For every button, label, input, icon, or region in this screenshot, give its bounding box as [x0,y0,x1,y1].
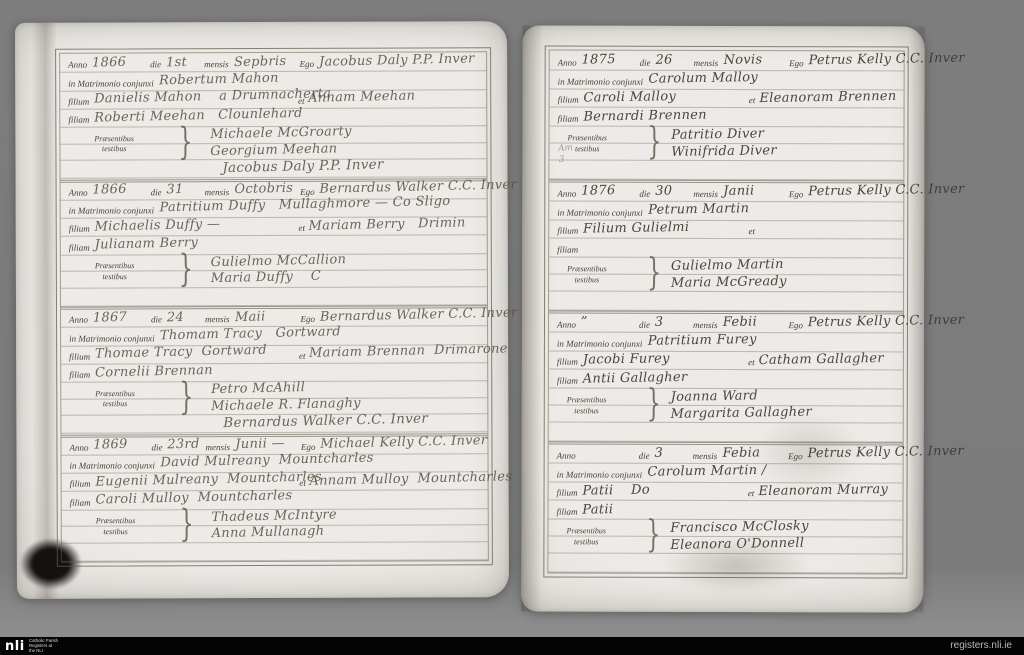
bride-father-name: Patii [582,503,613,517]
bride-name: Catham Gallagher [758,352,898,368]
month-value: Janii [723,184,789,199]
label-testibus: testibus [574,537,598,546]
register-entry: Anno 1867 die 24 mensis Maii Ego Bernard… [61,308,487,437]
entry-signature-line: Bernardus Walker C.C. Inver [61,414,487,434]
groom-name: Carolum Martin / [647,464,766,480]
entry-signature-line [548,554,902,574]
label-ego: Ego [301,443,316,452]
label-die: die [151,188,162,197]
register-entry: Anno 1869 die 23rd mensis Junii — Ego Mi… [61,436,487,562]
bride-name: Annam Meehan [308,88,482,106]
label-filiam: filiam [70,498,91,507]
label-die: die [151,443,162,452]
entry-bride-father-line: filiam Bernardi Brennen [550,108,904,128]
label-anno: Anno [558,58,577,67]
page-border: Anno 1866 die 1st mensis Sepbris Ego Jac… [55,47,493,567]
entry-signature-line [549,292,903,312]
day-value: 30 [655,184,693,198]
label-praesentibus-testibus: Præsentibus testibus [95,261,135,282]
bride-father-name: Caroli Mulloy Mountcharles [95,489,292,507]
label-praesentibus-testibus: Præsentibus testibus [567,264,607,285]
label-conjunxi: in Matrimonio conjunxi [558,77,644,86]
entry-bride-father-line: filiam Antii Gallagher [549,370,903,390]
label-filiam: filiam [557,246,578,255]
label-die: die [150,61,161,70]
witness-1: Joanna Ward [671,389,758,404]
bride-name: Eleanoram Murray [758,483,898,499]
label-anno: Anno [69,316,88,325]
witness-brace: } [647,387,661,424]
groom-name: Thomam Tracy Gortward [159,325,340,343]
day-value: 26 [655,53,693,67]
label-conjunxi: in Matrimonio conjunxi [557,339,643,348]
witness-1: Patritio Diver [671,127,764,142]
label-filiam: filiam [556,508,577,517]
label-praesentibus-testibus: Præsentibus testibus [566,526,606,547]
entry-signature-line [62,542,488,562]
entry-date-line: Anno 1875 die 26 mensis Novis Ego Petrus… [550,52,904,72]
scan-page-left: Anno 1866 die 1st mensis Sepbris Ego Jac… [15,21,509,599]
label-testibus: testibus [103,527,127,536]
priest-name: Petrus Kelly C.C. Inver [808,184,899,199]
label-praesentibus-testibus: Præsentibus testibus [567,395,607,416]
label-ego: Ego [789,59,804,68]
label-die: die [151,316,162,325]
bride-name: Eleanoram Brennen [759,90,899,106]
label-filium: filium [557,358,578,367]
label-die: die [639,452,650,461]
month-value: Novis [723,53,789,68]
label-mensis: mensis [205,443,230,452]
month-value: Febia [722,446,788,461]
groom-name: Carolum Malloy [648,71,758,86]
label-filium: filium [70,480,91,489]
witness-2: Margarita Gallagher [671,405,813,421]
label-conjunxi: in Matrimonio conjunxi [557,208,643,217]
witness-2: Maria Duffy C [211,270,322,286]
bride-father-name: Bernardi Brennen [583,108,707,124]
witness-2: Anna Mullanagh [211,525,324,541]
label-ego: Ego [300,188,315,197]
witnesses-section: Præsentibus testibus } Thadeus McIntyre … [62,509,488,543]
entry-groom-line: in Matrimonio conjunxi Petrum Martin [549,201,903,221]
label-testibus: testibus [574,406,598,415]
bride-father-name: Antii Gallagher [583,370,688,385]
entry-groom-line: in Matrimonio conjunxi Carolum Malloy [550,70,904,90]
entry-father-line: filium Thomae Tracy Gortward et Mariam B… [61,345,487,365]
register-entry: Anno ” die 3 mensis Febii Ego Petrus Kel… [549,314,903,446]
label-et: et [749,96,756,105]
signature: Jacobus Daly P.P. Inver [222,158,384,176]
label-conjunxi: in Matrimonio conjunxi [69,334,155,343]
entry-signature-line [61,287,487,307]
groom-father-name: Thomae Tracy Gortward [95,343,295,361]
entry-bride-father-line: filiam Julianam Berry [61,236,487,256]
label-filium: filium [69,225,90,234]
entry-signature-line [549,161,903,181]
label-anno: Anno [69,188,88,197]
page-border: Anno 1875 die 26 mensis Novis Ego Petrus… [543,46,908,579]
label-filiam: filiam [557,377,578,386]
label-filium: filium [557,227,578,236]
entry-signature-line [549,423,903,443]
footer-caption-line: Catholic Parish [29,639,58,644]
scanned-register-viewer: Anno 1866 die 1st mensis Sepbris Ego Jac… [0,0,1024,655]
register-entry: Anno 1866 die 1st mensis Sepbris Ego Jac… [60,53,486,182]
label-conjunxi: in Matrimonio conjunxi [69,207,155,216]
register-entry: Anno die 3 mensis Febia Ego Petrus Kelly… [548,445,902,574]
label-mensis: mensis [205,188,230,197]
groom-name: Robertum Mahon [158,72,278,88]
groom-father-name: Danielis Mahon a Drumnacherta [94,88,294,106]
label-filium: filium [557,489,578,498]
witness-brace: } [647,125,661,162]
entries-column: Anno 1866 die 1st mensis Sepbris Ego Jac… [60,53,488,561]
label-et: et [748,227,755,236]
entry-father-line: filium Caroli Malloy et Eleanoram Brenne… [550,89,904,109]
label-anno: Anno [68,61,87,70]
witness-1: Michaele McGroarty [210,125,352,142]
bride-name: Mariam Brennan Drimarone [309,343,483,361]
year-value: 1876 [581,184,639,199]
day-value: 3 [655,315,693,329]
label-testibus: testibus [102,272,126,281]
label-et: et [298,224,305,233]
month-value: Maii [234,309,300,324]
label-ego: Ego [788,321,803,330]
label-praesentibus: Præsentibus [567,133,607,142]
year-value: ” [581,315,639,330]
site-url: registers.nli.ie [950,641,1012,651]
year-value: 1867 [93,310,151,325]
witness-2: Maria McGready [671,274,787,290]
witnesses-section: Præsentibus testibus } Joanna Ward Marga… [549,389,903,424]
entry-signature-line: Jacobus Daly P.P. Inver [60,159,486,179]
year-value: 1869 [93,437,151,452]
entry-bride-father-line: filiam [549,239,903,259]
bride-name: Mariam Berry Drimin [309,216,483,234]
label-die: die [639,190,650,199]
label-ego: Ego [789,190,804,199]
label-filiam: filiam [558,115,579,124]
label-die: die [640,59,651,68]
groom-name: David Mulreany Mountcharles [160,452,374,470]
footer-bar: nli Catholic Parish Registers at the NLI… [0,637,1024,655]
label-praesentibus: Præsentibus [567,395,607,404]
label-mensis: mensis [693,190,718,199]
label-praesentibus-testibus: Præsentibus testibus [95,389,135,410]
bride-name: Annam Mulloy Mountcharles [310,471,484,489]
label-ego: Ego [301,315,316,324]
witness-1: Thadeus McIntyre [211,508,337,524]
label-et: et [299,352,306,361]
witness-brace: } [179,252,193,289]
year-value [581,459,639,460]
witness-1: Gulielmo Martin [671,258,784,274]
witness-2: Michaele R. Flanaghy [211,396,361,413]
entry-father-line: filium Jacobi Furey et Catham Gallagher [549,351,903,371]
register-entry: Anno 1875 die 26 mensis Novis Ego Petrus… [549,52,903,184]
day-value: 31 [166,183,204,197]
label-anno: Anno [557,320,576,329]
label-testibus: testibus [575,275,599,284]
label-testibus: testibus [102,144,126,153]
witnesses-section: Præsentibus testibus } Francisco McClosk… [548,520,902,555]
label-et: et [748,489,755,498]
witness-brace: } [647,256,661,293]
label-ego: Ego [300,60,315,69]
entry-date-line: Anno ” die 3 mensis Febii Ego Petrus Kel… [549,314,903,334]
label-praesentibus: Præsentibus [567,264,607,273]
nli-logo: nli [5,640,25,653]
witness-brace: } [646,518,660,555]
groom-name: Patritium Furey [647,333,756,348]
bride-name [759,234,899,236]
priest-name: Petrus Kelly C.C. Inver [808,53,899,68]
priest-name: Michael Kelly C.C. Inver [320,434,483,451]
groom-father-name: Filium Gulielmi [583,220,744,236]
entry-date-line: Anno 1876 die 30 mensis Janii Ego Petrus… [549,183,903,203]
register-entry: Anno 1866 die 31 mensis Octobris Ego Ber… [61,181,487,310]
witness-1: Francisco McClosky [670,519,809,535]
entry-bride-father-line: filiam Patii [548,501,902,521]
groom-father-name: Jacobi Furey [583,351,744,367]
witness-brace: } [178,125,192,162]
label-mensis: mensis [693,452,718,461]
witnesses-section: Præsentibus testibus } Gulielmo Martin M… [549,258,903,293]
entry-father-line: filium Patii Do et Eleanoram Murray [549,482,903,502]
label-praesentibus: Præsentibus [95,389,135,398]
groom-father-name: Michaelis Duffy — [94,216,294,234]
witnesses-section: Præsentibus testibus } Patritio Diver Wi… [549,127,903,162]
label-mensis: mensis [693,321,718,330]
priest-name: Petrus Kelly C.C. Inver [808,315,899,330]
register-entry: Anno 1876 die 30 mensis Janii Ego Petrus… [549,183,903,315]
label-praesentibus: Præsentibus [95,261,135,270]
scan-page-right: Am 3 Anno 1875 die 26 mensis Novis Ego P… [521,25,925,612]
label-praesentibus-testibus: Præsentibus testibus [94,134,134,155]
witnesses-section: Præsentibus testibus } Michaele McGroart… [60,126,486,160]
label-conjunxi: in Matrimonio conjunxi [557,470,643,479]
day-value: 3 [654,446,692,460]
label-filium: filium [68,98,89,107]
entry-groom-line: in Matrimonio conjunxi Carolum Martin / [549,463,903,483]
day-value: 23rd [167,438,205,452]
entry-groom-line: in Matrimonio conjunxi Patritium Furey [549,332,903,352]
label-testibus: testibus [575,144,599,153]
label-conjunxi: in Matrimonio conjunxi [70,461,156,470]
label-ego: Ego [788,452,803,461]
label-anno: Anno [557,451,576,460]
label-filiam: filiam [68,116,89,125]
witness-2: Eleanora O'Donnell [670,536,804,552]
groom-father-name: Caroli Malloy [583,89,744,105]
label-filium: filium [69,353,90,362]
day-value: 1st [166,55,204,69]
label-filiam: filiam [69,371,90,380]
bride-father-name: Roberti Meehan Clounlehard [94,106,303,124]
groom-name: Petrum Martin [648,202,749,217]
label-anno: Anno [69,443,88,452]
entry-father-line: filium Filium Gulielmi et [549,220,903,240]
label-filium: filium [558,96,579,105]
label-praesentibus: Præsentibus [566,526,606,535]
bride-father-name: Cornelii Brennan [95,364,213,380]
month-value: Octobris [234,182,300,197]
entries-column: Anno 1875 die 26 mensis Novis Ego Petrus… [548,52,903,574]
priest-name: Petrus Kelly C.C. Inver [807,446,898,461]
witness-1: Petro McAhill [211,381,305,397]
footer-caption-line: the NLI [29,648,58,653]
footer-caption: Catholic Parish Registers at the NLI [29,639,58,654]
label-mensis: mensis [205,315,230,324]
year-value: 1866 [92,182,150,197]
entry-father-line: filium Michaelis Duffy — et Mariam Berry… [61,217,487,237]
year-value: 1866 [92,55,150,70]
entry-bride-father-line: filiam Caroli Mulloy Mountcharles [62,491,488,511]
signature: Bernardus Walker C.C. Inver [223,412,428,431]
label-testibus: testibus [103,399,127,408]
label-filiam: filiam [69,243,90,252]
label-praesentibus: Præsentibus [96,516,136,525]
footer-caption-line: Registers at [29,644,58,649]
witness-2: Georgium Meehan [210,142,337,159]
groom-father-name: Patii Do [582,482,743,498]
label-conjunxi: in Matrimonio conjunxi [68,79,154,88]
label-die: die [639,321,650,330]
label-praesentibus-testibus: Præsentibus testibus [96,516,136,537]
month-value: Sepbris [233,54,299,69]
label-praesentibus-testibus: Præsentibus testibus [567,133,607,154]
witness-brace: } [179,380,193,417]
year-value: 1875 [581,53,639,68]
entry-date-line: Anno die 3 mensis Febia Ego Petrus Kelly… [549,445,903,465]
label-mensis: mensis [694,59,719,68]
label-anno: Anno [557,189,576,198]
priest-name: Jacobus Daly P.P. Inver [319,52,482,69]
month-value: Junii — [235,437,301,452]
priest-name: Bernardus Walker C.C. Inver [320,307,483,324]
label-et: et [748,358,755,367]
day-value: 24 [167,310,205,324]
label-praesentibus: Præsentibus [94,134,134,143]
witnesses-section: Præsentibus testibus } Gulielmo McCallio… [61,254,487,288]
month-value: Febii [722,315,788,330]
witness-2: Winifrida Diver [671,144,777,159]
groom-father-name: Eugenii Mulreany Mountcharles [95,471,295,489]
witness-brace: } [180,507,194,544]
label-mensis: mensis [204,60,229,69]
witness-1: Gulielmo McCallion [211,253,347,270]
